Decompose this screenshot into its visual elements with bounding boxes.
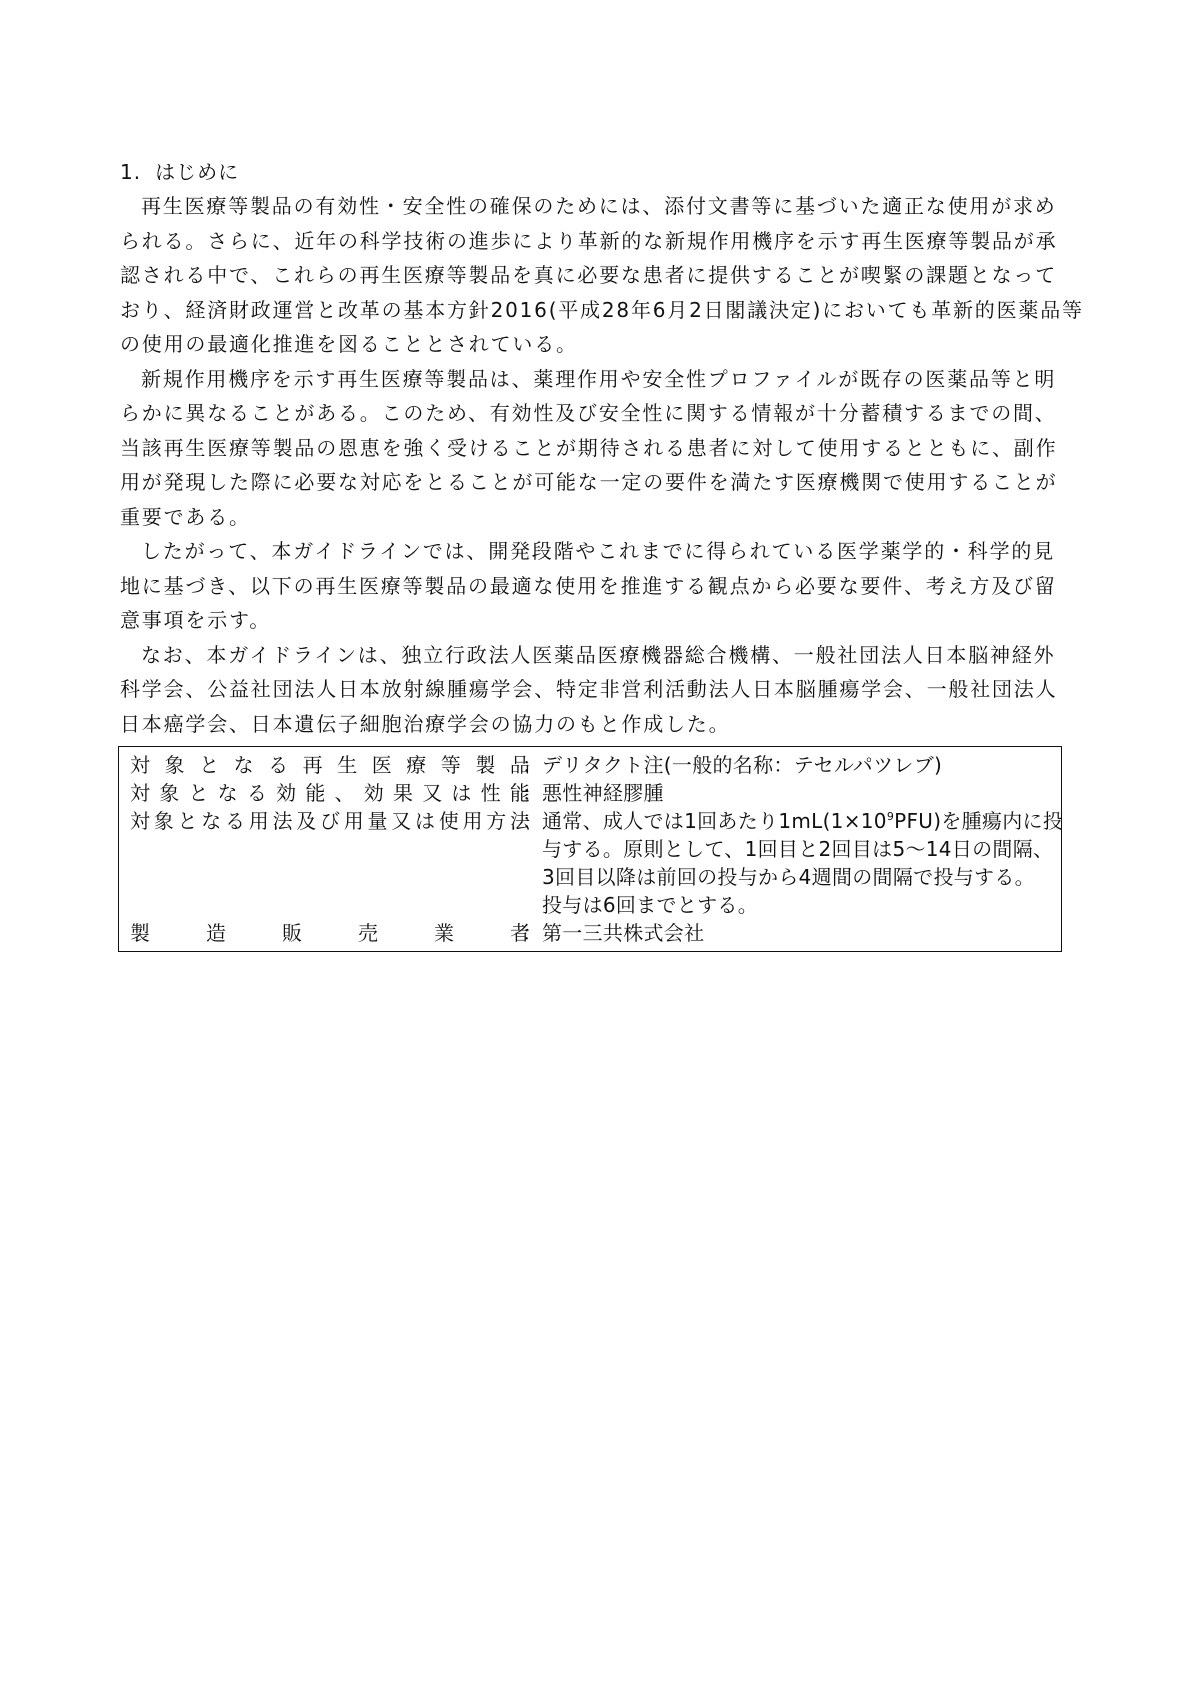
label-char: る [268, 751, 288, 779]
info-colon: ： [522, 779, 542, 807]
label-char: る [247, 779, 267, 807]
label-char: 効 [276, 779, 296, 807]
label-char: 療 [406, 751, 426, 779]
label-char: と [178, 807, 198, 835]
section-heading: 1.はじめに [120, 155, 1065, 189]
info-label-manufacturer: 製造販売業者 [130, 919, 530, 947]
label-char: 性 [481, 779, 501, 807]
paragraph-line: 用が発現した際に必要な対応をとることが可能な一定の要件を満たす医療機関で使用する… [120, 465, 1065, 500]
label-char: な [201, 807, 221, 835]
label-char: 等 [441, 751, 461, 779]
paragraph-line: 新規作用機序を示す再生医療等製品は、薬理作用や安全性プロファイルが既存の医薬品等… [120, 362, 1065, 397]
label-char: 製 [130, 919, 150, 947]
label-char: 再 [303, 751, 323, 779]
label-char: 量 [368, 807, 388, 835]
label-char: な [218, 779, 238, 807]
info-colon: ： [522, 751, 542, 779]
label-char: 医 [372, 751, 392, 779]
info-value-dosage: 通常、成人では1回あたり1mL(1×109PFU)を腫瘍内に投 [542, 807, 1063, 835]
label-char: 業 [434, 919, 454, 947]
paragraph-line: 意事項を示す。 [120, 603, 1065, 638]
paragraph-line: の使用の最適化推進を図ることとされている。 [120, 327, 1065, 362]
paragraph-line: おり、経済財政運営と改革の基本方針2016(平成28年6月2日閣議決定)において… [120, 293, 1065, 328]
label-char: 、 [335, 779, 355, 807]
info-value-product: デリタクト注(一般的名称：テセルパツレブ) [542, 751, 942, 779]
label-char: 対 [130, 751, 150, 779]
section-title: はじめに [155, 160, 239, 184]
label-char: 効 [364, 779, 384, 807]
paragraph-line: 再生医療等製品の有効性・安全性の確保のためには、添付文書等に基づいた適正な使用が… [120, 189, 1065, 224]
label-char: 象 [159, 779, 179, 807]
info-value-indication: 悪性神経膠腫 [542, 779, 664, 807]
paragraph-line: 当該再生医療等製品の恩恵を強く受けることが期待される患者に対して使用するとともに… [120, 431, 1065, 466]
info-value-manufacturer: 第一三共株式会社 [542, 919, 704, 947]
paragraph-4: なお、本ガイドラインは、独立行政法人医薬品医療機器総合機構、一般社団法人日本脳神… [120, 638, 1065, 742]
label-char: と [188, 779, 208, 807]
paragraph-line: 地に基づき、以下の再生医療等製品の最適な使用を推進する観点から必要な要件、考え方… [120, 569, 1065, 604]
paragraph-line: 科学会、公益社団法人日本放射線腫瘍学会、特定非営利活動法人日本脳腫瘍学会、一般社… [120, 672, 1065, 707]
label-char: 使 [439, 807, 459, 835]
label-char: る [225, 807, 245, 835]
info-label-indication: 対象となる効能、効果又は性能 [130, 779, 530, 807]
info-label-product: 対象となる再生医療等製品 [130, 751, 530, 779]
paragraph-line: られる。さらに、近年の科学技術の進歩により革新的な新規作用機序を示す再生医療等製… [120, 224, 1065, 259]
document-body: 1.はじめに 再生医療等製品の有効性・安全性の確保のためには、添付文書等に基づい… [120, 155, 1065, 741]
paragraph-line: 認される中で、これらの再生医療等製品を真に必要な患者に提供することが喫緊の課題と… [120, 258, 1065, 293]
info-label-dosage: 対象となる用法及び用量又は使用方法 [130, 807, 530, 835]
label-char: 果 [393, 779, 413, 807]
info-colon: ： [522, 919, 542, 947]
paragraph-line: 重要である。 [120, 500, 1065, 535]
label-char: 用 [344, 807, 364, 835]
dosage-continuation-line: 3回目以降は前回の投与から4週間の間隔で投与する。 [542, 863, 1035, 891]
label-char: 方 [486, 807, 506, 835]
label-char: 生 [337, 751, 357, 779]
paragraph-line: なお、本ガイドラインは、独立行政法人医薬品医療機器総合機構、一般社団法人日本脳神… [120, 638, 1065, 673]
paragraph-line: したがって、本ガイドラインでは、開発段階やこれまでに得られている医学薬学的・科学… [120, 534, 1065, 569]
label-char: 用 [463, 807, 483, 835]
label-char: 造 [206, 919, 226, 947]
label-char: は [451, 779, 471, 807]
label-char: 又 [391, 807, 411, 835]
paragraph-1: 再生医療等製品の有効性・安全性の確保のためには、添付文書等に基づいた適正な使用が… [120, 189, 1065, 362]
label-char: 対 [130, 807, 150, 835]
label-char: 象 [154, 807, 174, 835]
label-char: 対 [130, 779, 150, 807]
dosage-text-suffix: PFU)を腫瘍内に投 [894, 809, 1063, 833]
label-char: 及 [296, 807, 316, 835]
label-char: な [234, 751, 254, 779]
dosage-continuation-line: 与する。原則として、1回目と2回目は5～14日の間隔、 [542, 835, 1053, 863]
info-colon: ： [522, 807, 542, 835]
section-number: 1. [120, 160, 141, 184]
label-char: 又 [422, 779, 442, 807]
label-char: は [415, 807, 435, 835]
dosage-continuation-line: 投与は6回までとする。 [542, 891, 758, 919]
paragraph-line: 日本癌学会、日本遺伝子細胞治療学会の協力のもと作成した。 [120, 707, 1065, 742]
dosage-text-prefix: 通常、成人では1回あたり1mL(1×10 [542, 809, 887, 833]
label-char: び [320, 807, 340, 835]
label-char: 法 [273, 807, 293, 835]
label-char: 製 [475, 751, 495, 779]
label-char: 用 [249, 807, 269, 835]
label-char: 販 [282, 919, 302, 947]
label-char: 能 [305, 779, 325, 807]
paragraph-3: したがって、本ガイドラインでは、開発段階やこれまでに得られている医学薬学的・科学… [120, 534, 1065, 638]
label-char: 売 [358, 919, 378, 947]
label-char: と [199, 751, 219, 779]
paragraph-line: らかに異なることがある。このため、有効性及び安全性に関する情報が十分蓄積するまで… [120, 396, 1065, 431]
label-char: 象 [165, 751, 185, 779]
product-info-box: 対象となる再生医療等製品 ： デリタクト注(一般的名称：テセルパツレブ) 対象と… [118, 746, 1062, 952]
paragraph-2: 新規作用機序を示す再生医療等製品は、薬理作用や安全性プロファイルが既存の医薬品等… [120, 362, 1065, 535]
